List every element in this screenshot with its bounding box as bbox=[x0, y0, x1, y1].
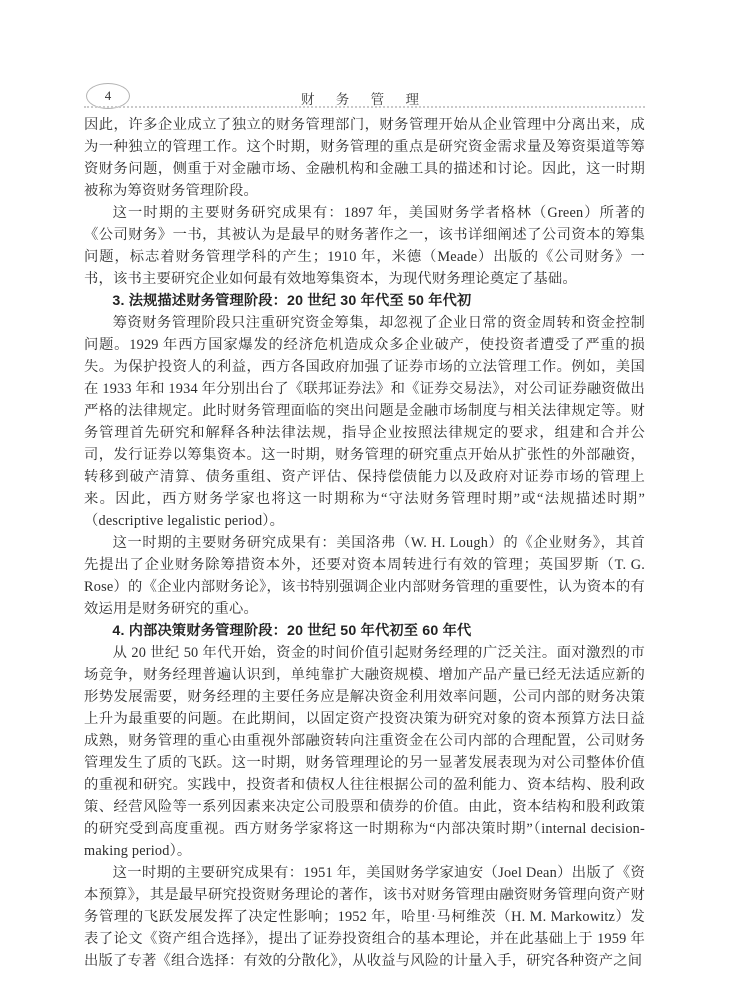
paragraph: 从 20 世纪 50 年代开始，资金的时间价值引起财务经理的广泛关注。面对激烈的… bbox=[84, 642, 645, 862]
paragraph: 因此，许多企业成立了独立的财务管理部门，财务管理开始从企业管理中分离出来，成为一… bbox=[84, 114, 645, 202]
paragraph: 这一时期的主要财务研究成果有：美国洛弗（W. H. Lough）的《企业财务》，… bbox=[84, 532, 645, 620]
paragraph: 这一时期的主要研究成果有：1951 年，美国财务学家迪安（Joel Dean）出… bbox=[84, 862, 645, 972]
header-dotted-rule bbox=[84, 106, 645, 108]
section-heading-3: 3. 法规描述财务管理阶段：20 世纪 30 年代至 50 年代初 bbox=[84, 290, 645, 312]
book-page: 4 财 务 管 理 因此，许多企业成立了独立的财务管理部门，财务管理开始从企业管… bbox=[0, 0, 729, 1005]
paragraph: 筹资财务管理阶段只注重研究资金筹集，却忽视了企业日常的资金周转和资金控制问题。1… bbox=[84, 312, 645, 532]
page-body: 因此，许多企业成立了独立的财务管理部门，财务管理开始从企业管理中分离出来，成为一… bbox=[84, 114, 645, 972]
running-head-title: 财 务 管 理 bbox=[84, 88, 645, 108]
paragraph: 这一时期的主要财务研究成果有：1897 年，美国财务学者格林（Green）所著的… bbox=[84, 202, 645, 290]
section-heading-4: 4. 内部决策财务管理阶段：20 世纪 50 年代初至 60 年代 bbox=[84, 620, 645, 642]
